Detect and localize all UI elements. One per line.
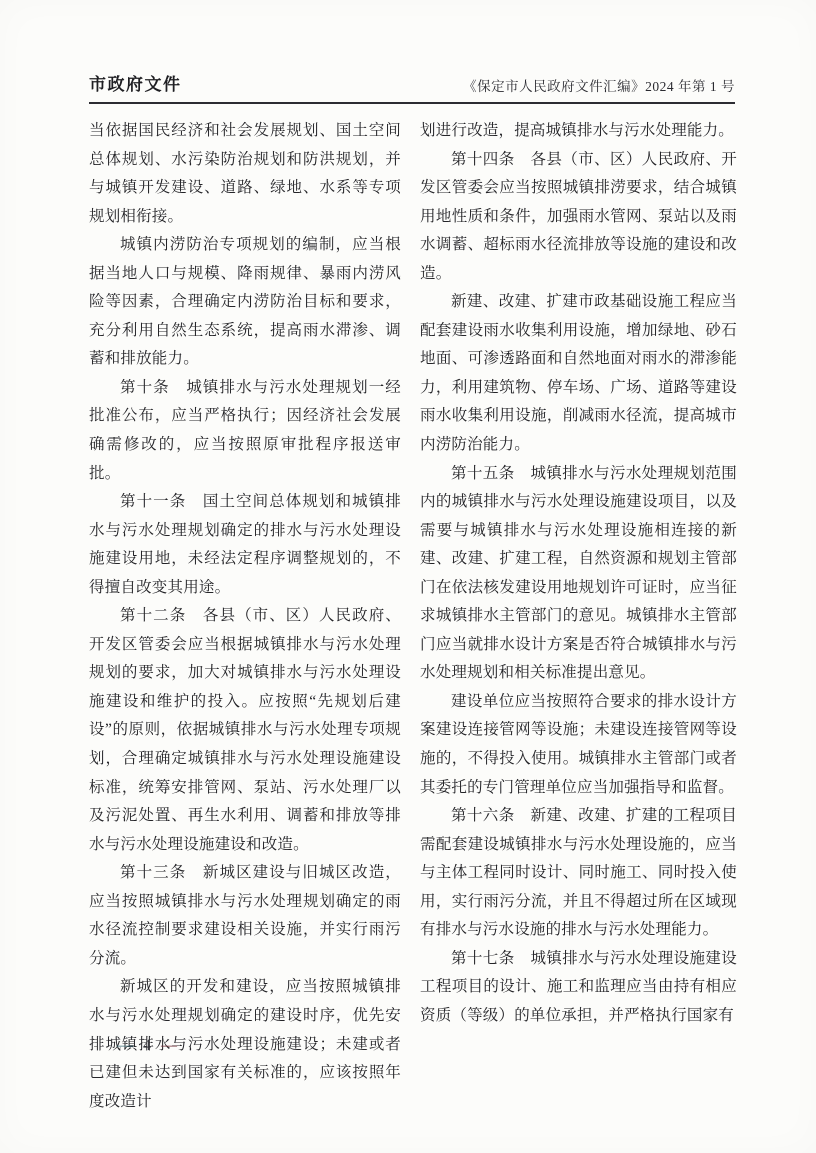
paragraph: 第十六条 新建、改建、扩建的工程项目需配套建设城镇排水与污水处理设施的，应当与主… — [420, 802, 737, 945]
document-page: 市政府文件 《保定市人民政府文件汇编》2024 年第 1 号 当依据国民经济和社… — [0, 0, 816, 1153]
page-header: 市政府文件 《保定市人民政府文件汇编》2024 年第 1 号 — [89, 70, 735, 102]
paragraph: 第十二条 各县（市、区）人民政府、开发区管委会应当根据城镇排水与污水处理规划的要… — [89, 602, 401, 859]
paragraph: 第十三条 新城区建设与旧城区改造，应当按照城镇排水与污水处理规划确定的雨水径流控… — [89, 859, 401, 973]
paragraph: 第十四条 各县（市、区）人民政府、开发区管委会应当按照城镇排涝要求，结合城镇用地… — [420, 146, 737, 289]
paragraph: 第十一条 国土空间总体规划和城镇排水与污水处理规划确定的排水与污水处理设施建设用… — [89, 488, 401, 602]
page-number-dash-right: — — [161, 1037, 178, 1054]
paragraph: 第十七条 城镇排水与污水处理设施建设工程项目的设计、施工和监理应当由持有相应资质… — [420, 945, 737, 1031]
right-column: 划进行改造，提高城镇排水与污水处理能力。第十四条 各县（市、区）人民政府、开发区… — [420, 117, 737, 1116]
left-column: 当依据国民经济和社会发展规划、国土空间总体规划、水污染防治规划和防洪规划，并与城… — [89, 117, 401, 1116]
paragraph: 当依据国民经济和社会发展规划、国土空间总体规划、水污染防治规划和防洪规划，并与城… — [89, 117, 401, 231]
page-number-value: 4 — [143, 1037, 152, 1054]
page-number-dash-left: — — [117, 1037, 134, 1054]
body-columns: 当依据国民经济和社会发展规划、国土空间总体规划、水污染防治规划和防洪规划，并与城… — [89, 117, 737, 1116]
page-number: —4— — [117, 1037, 178, 1055]
paragraph: 新建、改建、扩建市政基础设施工程应当配套建设雨水收集利用设施，增加绿地、砂石地面… — [420, 288, 737, 459]
paragraph: 第十五条 城镇排水与污水处理规划范围内的城镇排水与污水处理设施建设项目，以及需要… — [420, 460, 737, 688]
paragraph: 划进行改造，提高城镇排水与污水处理能力。 — [420, 117, 737, 146]
header-left-title: 市政府文件 — [89, 70, 182, 95]
paragraph: 建设单位应当按照符合要求的排水设计方案建设连接管网等设施；未建设连接管网等设施的… — [420, 688, 737, 802]
paragraph: 城镇内涝防治专项规划的编制，应当根据当地人口与规模、降雨规律、暴雨内涝风险等因素… — [89, 231, 401, 374]
header-divider-rule — [89, 102, 735, 104]
header-right-title: 《保定市人民政府文件汇编》2024 年第 1 号 — [463, 75, 735, 95]
paragraph: 第十条 城镇排水与污水处理规划一经批准公布，应当严格执行；因经济社会发展确需修改… — [89, 374, 401, 488]
